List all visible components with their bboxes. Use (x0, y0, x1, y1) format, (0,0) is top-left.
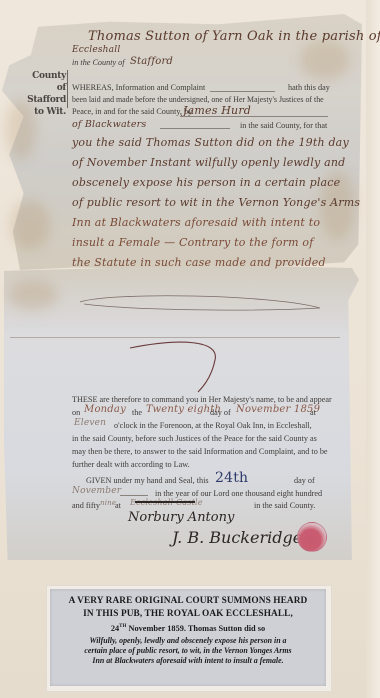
justice-signature: J. B. Buckeridge (172, 528, 302, 547)
paper-stain (8, 280, 58, 310)
complaint-line-1: WHEREAS, Information and Complaint (72, 83, 205, 92)
paper-fold (10, 337, 340, 338)
plaque-date-rest: November 1859. Thomas Sutton did so (128, 624, 265, 633)
paper-stain (10, 200, 50, 250)
margin-brace (67, 70, 70, 108)
issue-month: November (72, 486, 121, 496)
given-line-3: and fifty (72, 501, 100, 510)
summons-line-1: THESE are therefore to command you in He… (72, 395, 332, 404)
issue-year: nine (100, 499, 116, 507)
appearance-day: Monday (84, 404, 126, 415)
witness-signature: Norbury Antony (128, 510, 234, 525)
parish-name: Eccleshall (72, 45, 120, 55)
summons-the: the (132, 408, 142, 417)
charge-line: of public resort to wit in the Vernon Yo… (72, 196, 360, 209)
blank-line (210, 91, 275, 92)
plaque-italic-3: Inn at Blackwaters aforesaid with intent… (50, 656, 326, 666)
given-line-1: GIVEN under my hand and Seal, this (86, 476, 209, 485)
plaque-italic-2: certain place of public resort, to wit, … (50, 646, 326, 656)
summons-on: on (72, 408, 80, 417)
paper-stain (300, 40, 350, 80)
plaque-italic-1: Wilfully, openly, lewdly and obscenely e… (50, 636, 326, 646)
complaint-line-2: been laid and made before the undersigne… (72, 95, 324, 104)
margin-line: Stafford (22, 94, 66, 106)
plaque-date-day: 24 (111, 624, 119, 633)
charge-line: you the said Thomas Sutton did on the 19… (72, 136, 349, 149)
frame-edge (366, 0, 380, 698)
given-day-of: day of (294, 476, 315, 485)
plaque-date-suffix: TH (119, 624, 126, 629)
given-line-2: in the year of our Lord one thousand eig… (155, 489, 322, 498)
complaint-line-1-end: hath this day (288, 83, 330, 92)
margin-line: County of (22, 70, 66, 94)
county-prefix: in the County of (72, 58, 125, 67)
complaint-line-4: in the said County, for that (240, 121, 327, 130)
complaint-line-3: Peace, in and for the said County, by (72, 107, 192, 116)
pen-flourish (70, 290, 330, 400)
charge-line: the Statute in such case made and provid… (72, 256, 326, 269)
issue-day: 24th (215, 470, 248, 486)
blank-line (180, 116, 328, 117)
margin-county-label: County of Stafford to Wit. (22, 70, 66, 118)
given-line-3-end: in the said County. (254, 501, 315, 510)
summons-line-4: in the said County, before such Justices… (72, 434, 317, 443)
blank-line (160, 128, 230, 129)
given-at: at (115, 501, 121, 510)
charge-line: obscenely expose his person in a certain… (72, 176, 340, 189)
wax-seal (297, 522, 327, 552)
county-value: Stafford (130, 56, 173, 67)
summons-day-of: day of (210, 408, 231, 417)
complainant-place: of Blackwaters (72, 119, 146, 130)
plaque-date-line: 24TH November 1859. Thomas Sutton did so (50, 621, 326, 635)
charge-line: insult a Female — Contrary to the form o… (72, 236, 314, 249)
charge-line: of November Instant wilfully openly lewd… (72, 156, 345, 169)
margin-line: to Wit. (22, 106, 66, 118)
plaque-heading-1: A VERY RARE ORIGINAL COURT SUMMONS HEARD (50, 595, 326, 608)
description-plaque: A VERY RARE ORIGINAL COURT SUMMONS HEARD… (50, 589, 326, 686)
defendant-name-line: Thomas Sutton of Yarn Oak in the parish … (88, 29, 380, 44)
appearance-month: November 1859 (236, 404, 320, 415)
charge-line: Inn at Blackwaters aforesaid with intent… (72, 216, 320, 229)
summons-line-3: o'clock in the Forenoon, at the Royal Oa… (114, 421, 312, 430)
plaque-heading-2: IN THIS PUB, THE ROYAL OAK ECCLESHALL, (50, 608, 326, 621)
strike-line (135, 501, 195, 503)
appearance-hour: Eleven (74, 418, 106, 428)
summons-line-5: may then be there, to answer to the said… (72, 447, 328, 456)
summons-at: at (310, 408, 316, 417)
blank-line (120, 495, 148, 496)
summons-line-6: further dealt with according to Law. (72, 460, 190, 469)
